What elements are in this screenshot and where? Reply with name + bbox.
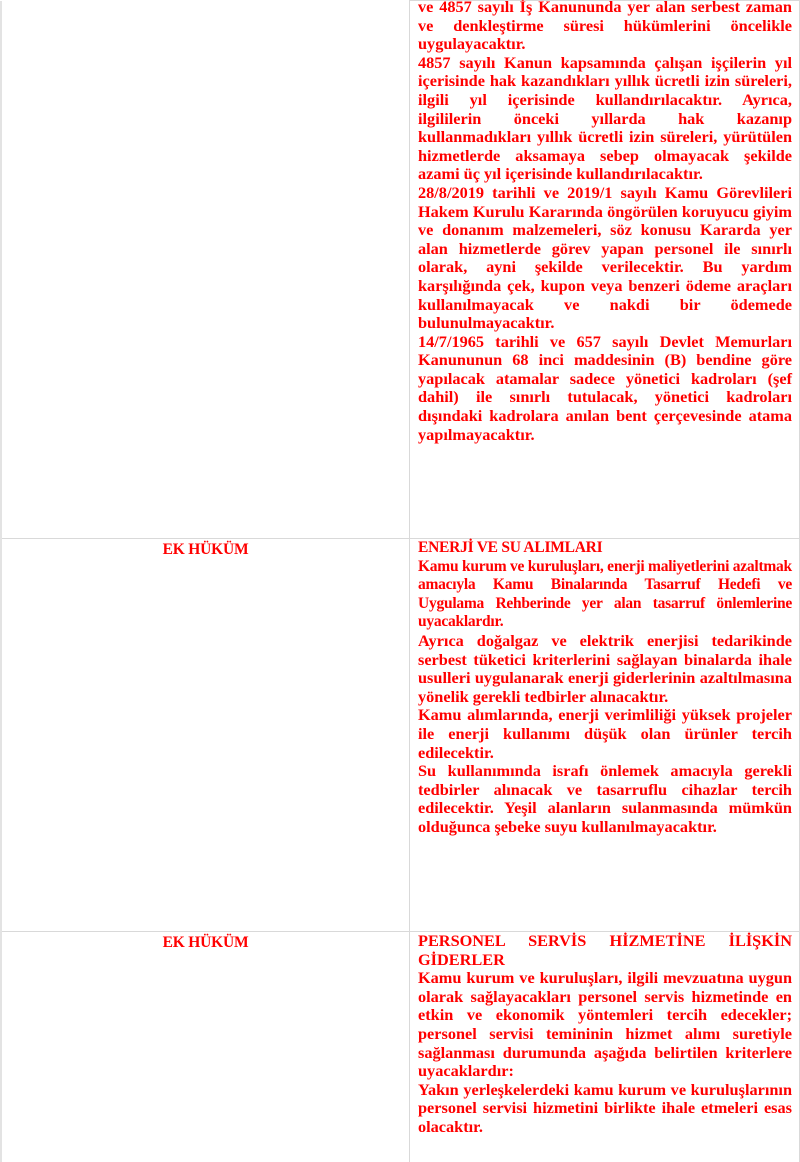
- paragraph: Ayrıca doğalgaz ve elektrik enerjisi ted…: [418, 632, 792, 706]
- paragraph: Yakın yerleşkelerdeki kamu kurum ve kuru…: [418, 1081, 792, 1137]
- paragraph: Kamu kurum ve kuruluşları, ilgili mevzua…: [418, 969, 792, 1081]
- content-cell: PERSONEL SERVİS HİZMETİNE İLİŞKİN GİDERL…: [410, 932, 800, 1162]
- content-cell: ve 4857 sayılı İş Kanununda yer alan ser…: [410, 1, 800, 539]
- label-cell: EK HÜKÜM: [1, 932, 410, 1162]
- row-label: EK HÜKÜM: [2, 539, 409, 560]
- paragraph: 28/8/2019 tarihli ve 2019/1 sayılı Kamu …: [418, 184, 792, 333]
- row-label: [2, 1, 409, 3]
- content-cell: ENERJİ VE SU ALIMLARI Kamu kurum ve kuru…: [410, 539, 800, 932]
- section-heading: PERSONEL SERVİS HİZMETİNE İLİŞKİN GİDERL…: [418, 932, 792, 969]
- row-label: EK HÜKÜM: [2, 932, 409, 953]
- label-cell: EK HÜKÜM: [1, 539, 410, 932]
- paragraph: Kamu alımlarında, enerji verimliliği yük…: [418, 706, 792, 762]
- regulation-table: ve 4857 sayılı İş Kanununda yer alan ser…: [0, 0, 800, 1162]
- table-row: EK HÜKÜM ENERJİ VE SU ALIMLARI Kamu kuru…: [1, 539, 800, 932]
- table-row: ve 4857 sayılı İş Kanununda yer alan ser…: [1, 1, 800, 539]
- paragraph: ve 4857 sayılı İş Kanununda yer alan ser…: [418, 0, 792, 54]
- paragraph: 4857 sayılı Kanun kapsamında çalışan işç…: [418, 54, 792, 184]
- section-heading: ENERJİ VE SU ALIMLARI: [418, 539, 792, 558]
- paragraph: Su kullanımında israfı önlemek amacıyla …: [418, 762, 792, 836]
- paragraph: Kamu kurum ve kuruluşları, enerji maliye…: [418, 558, 792, 577]
- label-cell: [1, 1, 410, 539]
- paragraph: 14/7/1965 tarihli ve 657 sayılı Devlet M…: [418, 333, 792, 445]
- table-row: EK HÜKÜM PERSONEL SERVİS HİZMETİNE İLİŞK…: [1, 932, 800, 1162]
- paragraph: amacıyla Kamu Binalarında Tasarruf Hedef…: [418, 576, 792, 632]
